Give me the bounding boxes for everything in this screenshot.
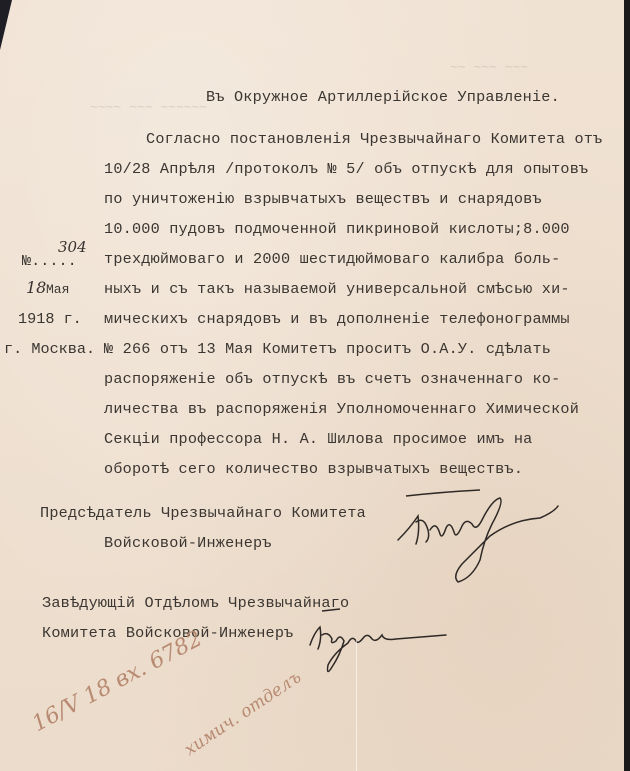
date-year: 1918 г. — [18, 310, 82, 328]
body-line: Секціи профессора Н. А. Шилова просимое … — [104, 430, 532, 448]
body-line: личества въ распоряженія Уполномоченнаго… — [104, 400, 579, 418]
pencil-note-intake: 16/V 18 вх. 6782 — [28, 626, 206, 737]
handwritten-day: 18 — [26, 278, 46, 297]
body-line: Согласно постановленія Чрезвычайнаго Ком… — [146, 130, 602, 148]
bleed-through-text: ~~ ~~~ ~~~ — [450, 60, 528, 75]
handwritten-number: 304 — [58, 238, 87, 256]
document-page: ~~~~ ~~~ ~~~~~~ ~~ ~~~ ~~~ Въ Окружное А… — [0, 0, 624, 771]
signatory-title-1: Предсѣдатель Чрезвычайнаго Комитета — [40, 504, 366, 522]
body-line: оборотѣ сего количество взрывчатыхъ веще… — [104, 460, 523, 478]
signature-chairman — [392, 478, 562, 588]
signature-department-head — [300, 605, 450, 685]
pencil-note-department: химич. отделъ — [181, 667, 305, 760]
paper-fold — [356, 640, 357, 771]
signatory-rank-1: Войсковой-Инженеръ — [104, 534, 272, 552]
date-month: Мая — [46, 282, 69, 297]
city: г. Москва. — [4, 340, 95, 358]
addressee: Въ Окружное Артиллерійское Управленіе. — [206, 88, 560, 106]
body-line: по уничтоженію взрывчатыхъ веществъ и сн… — [104, 190, 542, 208]
body-line: № 266 отъ 13 Мая Комитетъ проситъ О.А.У.… — [104, 340, 551, 358]
body-line: мическихъ снарядовъ и въ дополненіе теле… — [104, 310, 570, 328]
page-corner-shadow — [0, 0, 12, 50]
body-line: распоряженіе объ отпускѣ въ счетъ означе… — [104, 370, 560, 388]
body-line: 10.000 пудовъ подмоченной пикриновой кис… — [104, 220, 570, 238]
body-line: ныхъ и съ такъ называемой универсальной … — [104, 280, 570, 298]
body-line: 10/28 Апрѣля /протоколъ № 5/ объ отпускѣ… — [104, 160, 588, 178]
bleed-through-text: ~~~~ ~~~ ~~~~~~ — [90, 100, 207, 115]
body-line: трехдюймоваго и 2000 шестидюймоваго кали… — [104, 250, 560, 268]
